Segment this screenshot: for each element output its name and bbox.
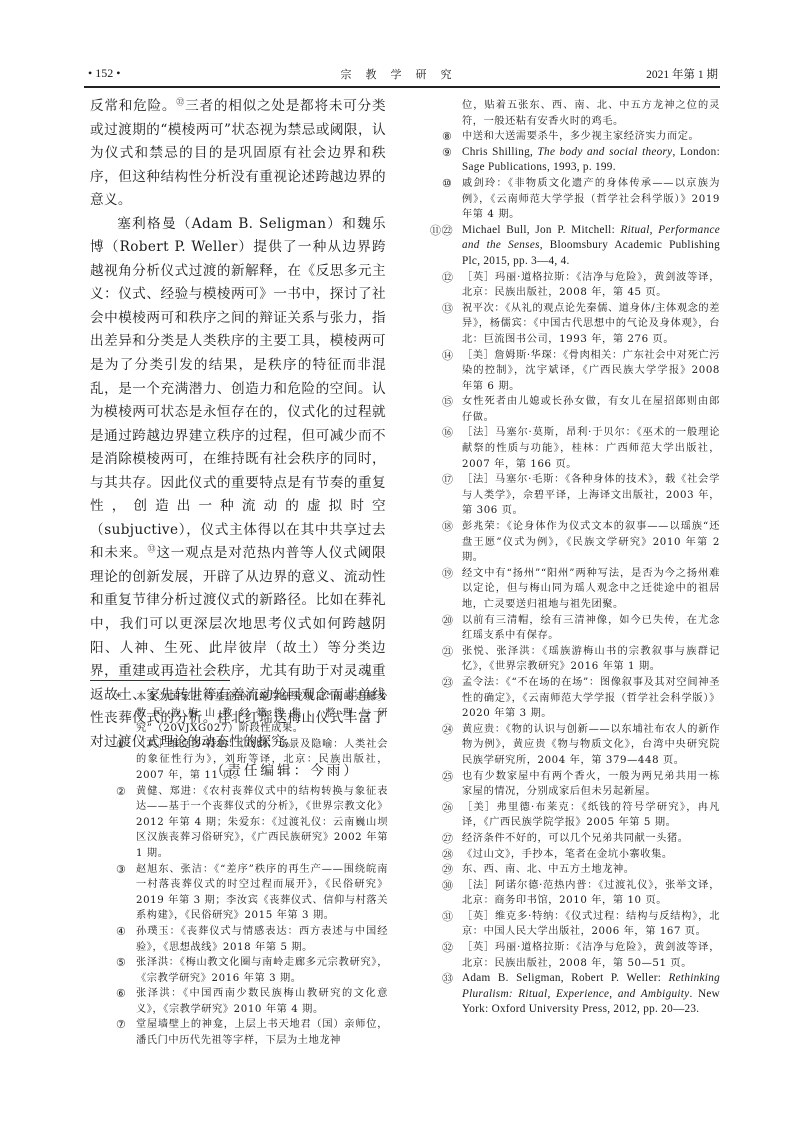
footnote-item: 位，贴着五张东、西、南、北、中五方龙神之位的灵符，一般还粘有安香火时的鸡毛。 <box>442 98 720 129</box>
citation-text: Michael Bull, Jon P. Mitchell: <box>462 224 621 236</box>
header-rule <box>84 86 720 88</box>
footnote-number: ③ <box>116 862 134 878</box>
footnote-text: 也有少数家屋中有两个香火，一般为两兄弟共用一栋家屋的情况，分别成家后但未另起新屋… <box>462 771 720 798</box>
footnote-number: ⑦ <box>116 1017 134 1033</box>
citation-text: Chris Shilling, <box>462 146 538 158</box>
footnote-item: ④孙璞玉：《丧葬仪式与情感表达：西方表述与中国经验》，《思想战线》2018 年第… <box>116 924 388 955</box>
footnote-number: ㉕ <box>442 769 460 785</box>
footnote-item: ③赵旭东、张洁：《“差序”秩序的再生产——围绕皖南一村落丧葬仪式的时空过程而展开… <box>116 862 388 924</box>
book-title: The body and social theory <box>538 146 673 158</box>
footnote-item: ⑯［法］马塞尔·莫斯，昂利·于贝尔：《巫术的一般理论 献祭的性质与功能》，桂林：… <box>442 425 720 472</box>
footnote-ref[interactable]: ㉜ <box>176 97 185 106</box>
footnote-text: Adam B. Seligman, Robert P. Weller: Reth… <box>462 972 720 1015</box>
footnote-item: ㉘《过山文》，手抄本，笔者在金坑小寨收集。 <box>442 847 720 863</box>
footnote-text: 张泽洪：《中国西南少数民族梅山教研究的文化意义》，《宗教学研究》2010 年第 … <box>136 988 388 1015</box>
footnote-item: ②黄健、郑进：《农村丧葬仪式中的结构转换与象征表达——基于一个丧葬仪式的分析》，… <box>116 784 388 862</box>
footnote-item: *本文为国家社科基金冷门绝学研究项目“南岭走廊少数民族梅山教经籍搜集、整理与研究… <box>116 690 388 737</box>
footnote-item: ⑭［美］詹姆斯·华琛：《骨肉相关：广东社会中对死亡污染的控制》，沈宇斌译，《广西… <box>442 348 720 395</box>
footnote-text: 祝平次：《从礼的观点论先秦儒、道身体/主体观念的差异》，杨儒宾：《中国古代思想中… <box>462 303 720 345</box>
footnote-item: ⑩戚剑玲：《非物质文化遗产的身体传承——以京族为例》，《云南师范大学学报（哲学社… <box>442 176 720 223</box>
footnote-text: ［法］阿诺尔德·范热内普：《过渡礼仪》，张举文译，北京：商务印书馆，2010 年… <box>462 880 720 907</box>
footnote-number: ㉔ <box>442 722 460 738</box>
footnote-item: ㉗经济条件不好的，可以几个兄弟共同献一头猪。 <box>442 831 720 847</box>
footnote-number: ㉛ <box>442 909 460 925</box>
footnote-item: ⑫［英］玛丽·道格拉斯：《洁净与危险》，黄剑波等译，北京：民族出版社，2008 … <box>442 270 720 301</box>
footnotes-left: *本文为国家社科基金冷门绝学研究项目“南岭走廊少数民族梅山教经籍搜集、整理与研究… <box>116 690 388 1049</box>
footnote-item: ⑨Chris Shilling, The body and social the… <box>442 145 720 176</box>
citation-text: Adam B. Seligman, Robert P. Weller: <box>462 972 669 984</box>
footnote-number: ㉘ <box>442 847 460 863</box>
footnote-number: ⑧ <box>442 129 460 145</box>
footnote-text: Chris Shilling, The body and social theo… <box>462 146 720 174</box>
body-text: 反常和危险。 <box>90 98 176 114</box>
footnote-text: 东、西、南、北、中五方土地龙神。 <box>462 864 635 875</box>
footnote-text: 彭兆荣：《论身体作为仪式文本的叙事——以瑶族“还盘王愿”仪式为例》，《民族文学研… <box>462 521 720 563</box>
journal-title: 宗教学研究 <box>88 66 718 82</box>
footnote-text: 女性死者由儿媳或长孙女做，有女儿在屋招郎则由郎仔做。 <box>462 396 720 423</box>
footnote-text: 孟令法：《“不在场的在场”：图像叙事及其对空间神圣性的确定》，《云南师范大学学报… <box>462 677 720 719</box>
footnote-text: 黄健、郑进：《农村丧葬仪式中的结构转换与象征表达——基于一个丧葬仪式的分析》，《… <box>136 786 388 859</box>
footnote-number: ⑱ <box>442 519 460 535</box>
footnote-item: ⑬祝平次：《从礼的观点论先秦儒、道身体/主体观念的差异》，杨儒宾：《中国古代思想… <box>442 301 720 348</box>
footnote-item: ㉚［法］阿诺尔德·范热内普：《过渡礼仪》，张举文译，北京：商务印书馆，2010 … <box>442 878 720 909</box>
footnote-number: ㉓ <box>442 675 460 691</box>
footnote-item: ⑱彭兆荣：《论身体作为仪式文本的叙事——以瑶族“还盘王愿”仪式为例》，《民族文学… <box>442 519 720 566</box>
footnote-number: ⑯ <box>442 425 460 441</box>
footnote-item: ㉕也有少数家屋中有两个香火，一般为两兄弟共用一栋家屋的情况，分别成家后但未另起新… <box>442 769 720 800</box>
footnote-number: ⑲ <box>442 566 460 582</box>
footnote-item: ⑧中送和大送需要杀牛，多少视主家经济实力而定。 <box>442 129 720 145</box>
footnote-item: ㉝Adam B. Seligman, Robert P. Weller: Ret… <box>442 971 720 1018</box>
footnote-text: 以前有三清帽，绘有三清神像，如今已失传，在尤念红瑶支系中有保存。 <box>462 615 720 642</box>
paragraph-2: 塞利格曼（Adam B. Seligman）和魏乐博（Robert P. Wel… <box>90 213 386 755</box>
footnote-number: ① <box>116 737 134 753</box>
footnote-number: ⑭ <box>442 348 460 364</box>
footnote-text: Michael Bull, Jon P. Mitchell: Ritual, P… <box>462 224 720 267</box>
footnote-number: ⑫ <box>442 270 460 286</box>
footnote-number: * <box>116 690 134 706</box>
footnote-number: ㉝ <box>442 971 460 987</box>
body-text: 三者的相似之处是都将未可分类或过渡期的“模棱两可”状态视为禁忌或阈限，认为仪式和… <box>90 98 386 208</box>
footnote-number: ⑨ <box>442 145 460 161</box>
running-header: • 152 • 宗教学研究 2021 年第 1 期 <box>88 66 718 84</box>
footnote-item: ⑰［法］马塞尔·毛斯：《各种身体的技术》，载《社会学与人类学》，佘碧平译，上海译… <box>442 472 720 519</box>
footnote-text: 经文中有“扬州”“阳州”两种写法，是否为今之扬州难以定论，但与梅山同为瑶人观念中… <box>462 568 720 610</box>
footnote-item: ①［英］维克多·特纳：《戏剧、场景及隐喻：人类社会的象征性行为》，刘珩等译，北京… <box>116 737 388 784</box>
footnotes-right: 位，贴着五张东、西、南、北、中五方龙神之位的灵符，一般还粘有安香火时的鸡毛。⑧中… <box>442 98 720 1018</box>
footnote-number: ㉗ <box>442 831 460 847</box>
footnote-ref[interactable]: ㉝ <box>148 545 157 554</box>
footnote-text: ［法］马塞尔·毛斯：《各种身体的技术》，载《社会学与人类学》，佘碧平译，上海译文… <box>462 474 720 516</box>
footnote-item: ㉖［美］弗里德·布莱克：《纸钱的符号学研究》，冉凡译，《广西民族学院学报》200… <box>442 800 720 831</box>
footnote-separator <box>90 680 230 681</box>
footnote-text: ［英］玛丽·道格拉斯：《洁净与危险》，黄剑波等译，北京：民族出版社，2008 年… <box>462 942 720 969</box>
footnote-text: ［英］维克多·特纳：《仪式过程：结构与反结构》，北京：中国人民大学出版社，200… <box>462 911 720 938</box>
footnote-item: ㉔黄应贵：《物的认识与创新——以东埔社布农人的新作物为例》，黄应贵《物与物质文化… <box>442 722 720 769</box>
footnote-text: 黄应贵：《物的认识与创新——以东埔社布农人的新作物为例》，黄应贵《物与物质文化》… <box>462 724 720 766</box>
footnote-number: ㉖ <box>442 800 460 816</box>
footnote-text: ［英］维克多·特纳：《戏剧、场景及隐喻：人类社会的象征性行为》，刘珩等译，北京：… <box>136 739 388 781</box>
footnote-text: 位，贴着五张东、西、南、北、中五方龙神之位的灵符，一般还粘有安香火时的鸡毛。 <box>462 100 720 127</box>
footnote-item: ⑮女性死者由儿媳或长孙女做，有女儿在屋招郎则由郎仔做。 <box>442 394 720 425</box>
footnote-text: 《过山文》，手抄本，笔者在金坑小寨收集。 <box>462 849 673 860</box>
footnote-text: ［法］马塞尔·莫斯，昂利·于贝尔：《巫术的一般理论 献祭的性质与功能》，桂林：广… <box>462 427 720 469</box>
footnote-text: 张泽洪：《梅山教文化圈与南岭走廊多元宗教研究》，《宗教学研究》2016 年第 3… <box>136 957 388 984</box>
footnote-item: ㉓孟令法：《“不在场的在场”：图像叙事及其对空间神圣性的确定》，《云南师范大学学… <box>442 675 720 722</box>
footnote-item: ⑦堂屋墙壁上的神龛，上层上书天地君（国）亲师位，潘氏门中历代先祖等字样，下层为土… <box>116 1017 388 1048</box>
footnote-number: ㉑ <box>442 644 460 660</box>
footnote-number: ② <box>116 784 134 800</box>
footnote-item: ⑳以前有三清帽，绘有三清神像，如今已失传，在尤念红瑶支系中有保存。 <box>442 613 720 644</box>
footnote-number: ⑬ <box>442 301 460 317</box>
footnote-number: ⑮ <box>442 394 460 410</box>
footnote-item: ㉛［英］维克多·特纳：《仪式过程：结构与反结构》，北京：中国人民大学出版社，20… <box>442 909 720 940</box>
footnote-text: 赵旭东、张洁：《“差序”秩序的再生产——围绕皖南一村落丧葬仪式的时空过程而展开》… <box>136 864 388 922</box>
footnote-item: ㉜［英］玛丽·道格拉斯：《洁净与危险》，黄剑波等译，北京：民族出版社，2008 … <box>442 940 720 971</box>
footnote-number: ⑰ <box>442 472 460 488</box>
footnote-item: ㉙东、西、南、北、中五方土地龙神。 <box>442 862 720 878</box>
footnote-item: ⑲经文中有“扬州”“阳州”两种写法，是否为今之扬州难以定论，但与梅山同为瑶人观念… <box>442 566 720 613</box>
footnote-number: ⑥ <box>116 986 134 1002</box>
footnote-text: 堂屋墙壁上的神龛，上层上书天地君（国）亲师位，潘氏门中历代先祖等字样，下层为土地… <box>136 1019 388 1046</box>
footnote-text: 中送和大送需要杀牛，多少视主家经济实力而定。 <box>462 131 699 142</box>
footnote-item: ㉑张悦、张泽洪：《瑶族游梅山书的宗教叙事与族群记忆》，《世界宗教研究》2016 … <box>442 644 720 675</box>
footnote-text: 本文为国家社科基金冷门绝学研究项目“南岭走廊少数民族梅山教经籍搜集、整理与研究”… <box>136 692 388 734</box>
footnote-number: ⑩ <box>442 176 460 192</box>
footnote-text: 张悦、张泽洪：《瑶族游梅山书的宗教叙事与族群记忆》，《世界宗教研究》2016 年… <box>462 646 720 673</box>
body-text: 塞利格曼（Adam B. Seligman）和魏乐博（Robert P. Wel… <box>90 216 386 562</box>
footnote-text: ［英］玛丽·道格拉斯：《洁净与危险》，黄剑波等译，北京：民族出版社，2008 年… <box>462 272 720 299</box>
footnote-text: 戚剑玲：《非物质文化遗产的身体传承——以京族为例》，《云南师范大学学报（哲学社会… <box>462 178 720 220</box>
footnote-number: ㉜ <box>442 940 460 956</box>
footnote-number: ㉙ <box>442 862 460 878</box>
footnote-text: 孙璞玉：《丧葬仪式与情感表达：西方表述与中国经验》，《思想战线》2018 年第 … <box>136 926 388 953</box>
footnote-item: ⑥张泽洪：《中国西南少数民族梅山教研究的文化意义》，《宗教学研究》2010 年第… <box>116 986 388 1017</box>
footnote-text: 经济条件不好的，可以几个兄弟共同献一头猪。 <box>462 833 689 844</box>
footnote-number: ⑤ <box>116 955 134 971</box>
issue-label: 2021 年第 1 期 <box>646 66 718 82</box>
footnote-number: ⑪㉒ <box>430 223 460 239</box>
paragraph-1: 反常和危险。㉜三者的相似之处是都将未可分类或过渡期的“模棱两可”状态视为禁忌或阈… <box>90 95 386 213</box>
footnote-text: ［美］詹姆斯·华琛：《骨肉相关：广东社会中对死亡污染的控制》，沈宇斌译，《广西民… <box>462 350 720 392</box>
footnote-text: ［美］弗里德·布莱克：《纸钱的符号学研究》，冉凡译，《广西民族学院学报》2005… <box>462 802 720 829</box>
footnote-item: ⑪㉒Michael Bull, Jon P. Mitchell: Ritual,… <box>442 223 720 270</box>
footnote-number: ㉚ <box>442 878 460 894</box>
footnote-number: ⑳ <box>442 613 460 629</box>
footnote-item: ⑤张泽洪：《梅山教文化圈与南岭走廊多元宗教研究》，《宗教学研究》2016 年第 … <box>116 955 388 986</box>
footnote-number: ④ <box>116 924 134 940</box>
